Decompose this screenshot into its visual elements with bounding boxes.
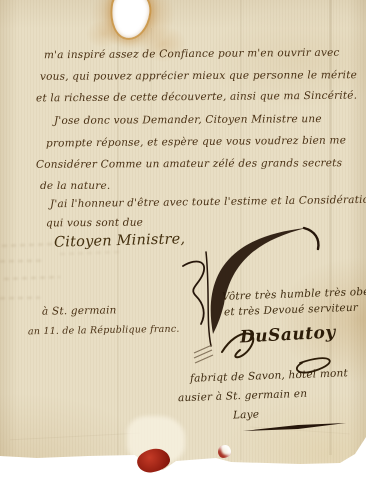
salutation: Citoyen Ministre,: [54, 232, 186, 250]
flourish-stem: [206, 252, 211, 346]
letter-line: qui vous sont due: [46, 218, 143, 229]
signature: DuSautoy: [240, 325, 337, 347]
closing-line: et très Devoué serviteur: [224, 303, 358, 318]
vertical-fold-crease: [117, 0, 119, 460]
address-line: fabriqt de Savon, hotel mont: [190, 368, 348, 384]
pencil-hatch-marks: [194, 345, 213, 363]
letter-line: m'a inspiré assez de Confiance pour m'en…: [44, 48, 340, 61]
letter-line: et la richesse de cette découverte, ains…: [36, 91, 357, 104]
ink-showthrough: [60, 251, 120, 255]
ink-showthrough: [4, 276, 60, 280]
bottom-crease: [10, 433, 140, 441]
bottom-crease: [250, 427, 350, 435]
date-line: an 11. de la République franc.: [28, 325, 180, 337]
letter-paper: m'a inspiré assez de Confiance pour m'en…: [0, 0, 366, 480]
address-line: ausier à St. germain en: [178, 389, 308, 404]
letter-line: prompte réponse, et espère que vous voud…: [46, 135, 346, 149]
scanned-letter-image: m'a inspiré assez de Confiance pour m'en…: [0, 0, 366, 480]
letter-line: vous, qui pouvez apprécier mieux que per…: [40, 70, 357, 82]
letter-line: de la nature.: [40, 181, 110, 192]
address-line: Laye: [233, 410, 260, 421]
letter-line: Considérer Comme un amateur zélé des gra…: [36, 158, 342, 170]
place-line: à St. germain: [42, 305, 117, 317]
flourish-hook: [304, 228, 318, 249]
flourish-curl: [183, 261, 204, 324]
ink-showthrough: [0, 297, 40, 300]
ink-showthrough: [2, 243, 54, 247]
paper-tear-hole: [109, 0, 152, 40]
ink-showthrough: [0, 260, 44, 263]
letter-line: J'ose donc vous Demander, Citoyen Minist…: [54, 114, 322, 126]
letter-line: J'ai l'honneur d'être avec toute l'estim…: [50, 195, 366, 210]
closing-line: Vôtre très humble très obéisst: [222, 286, 366, 302]
vertical-fold-crease: [329, 0, 332, 455]
